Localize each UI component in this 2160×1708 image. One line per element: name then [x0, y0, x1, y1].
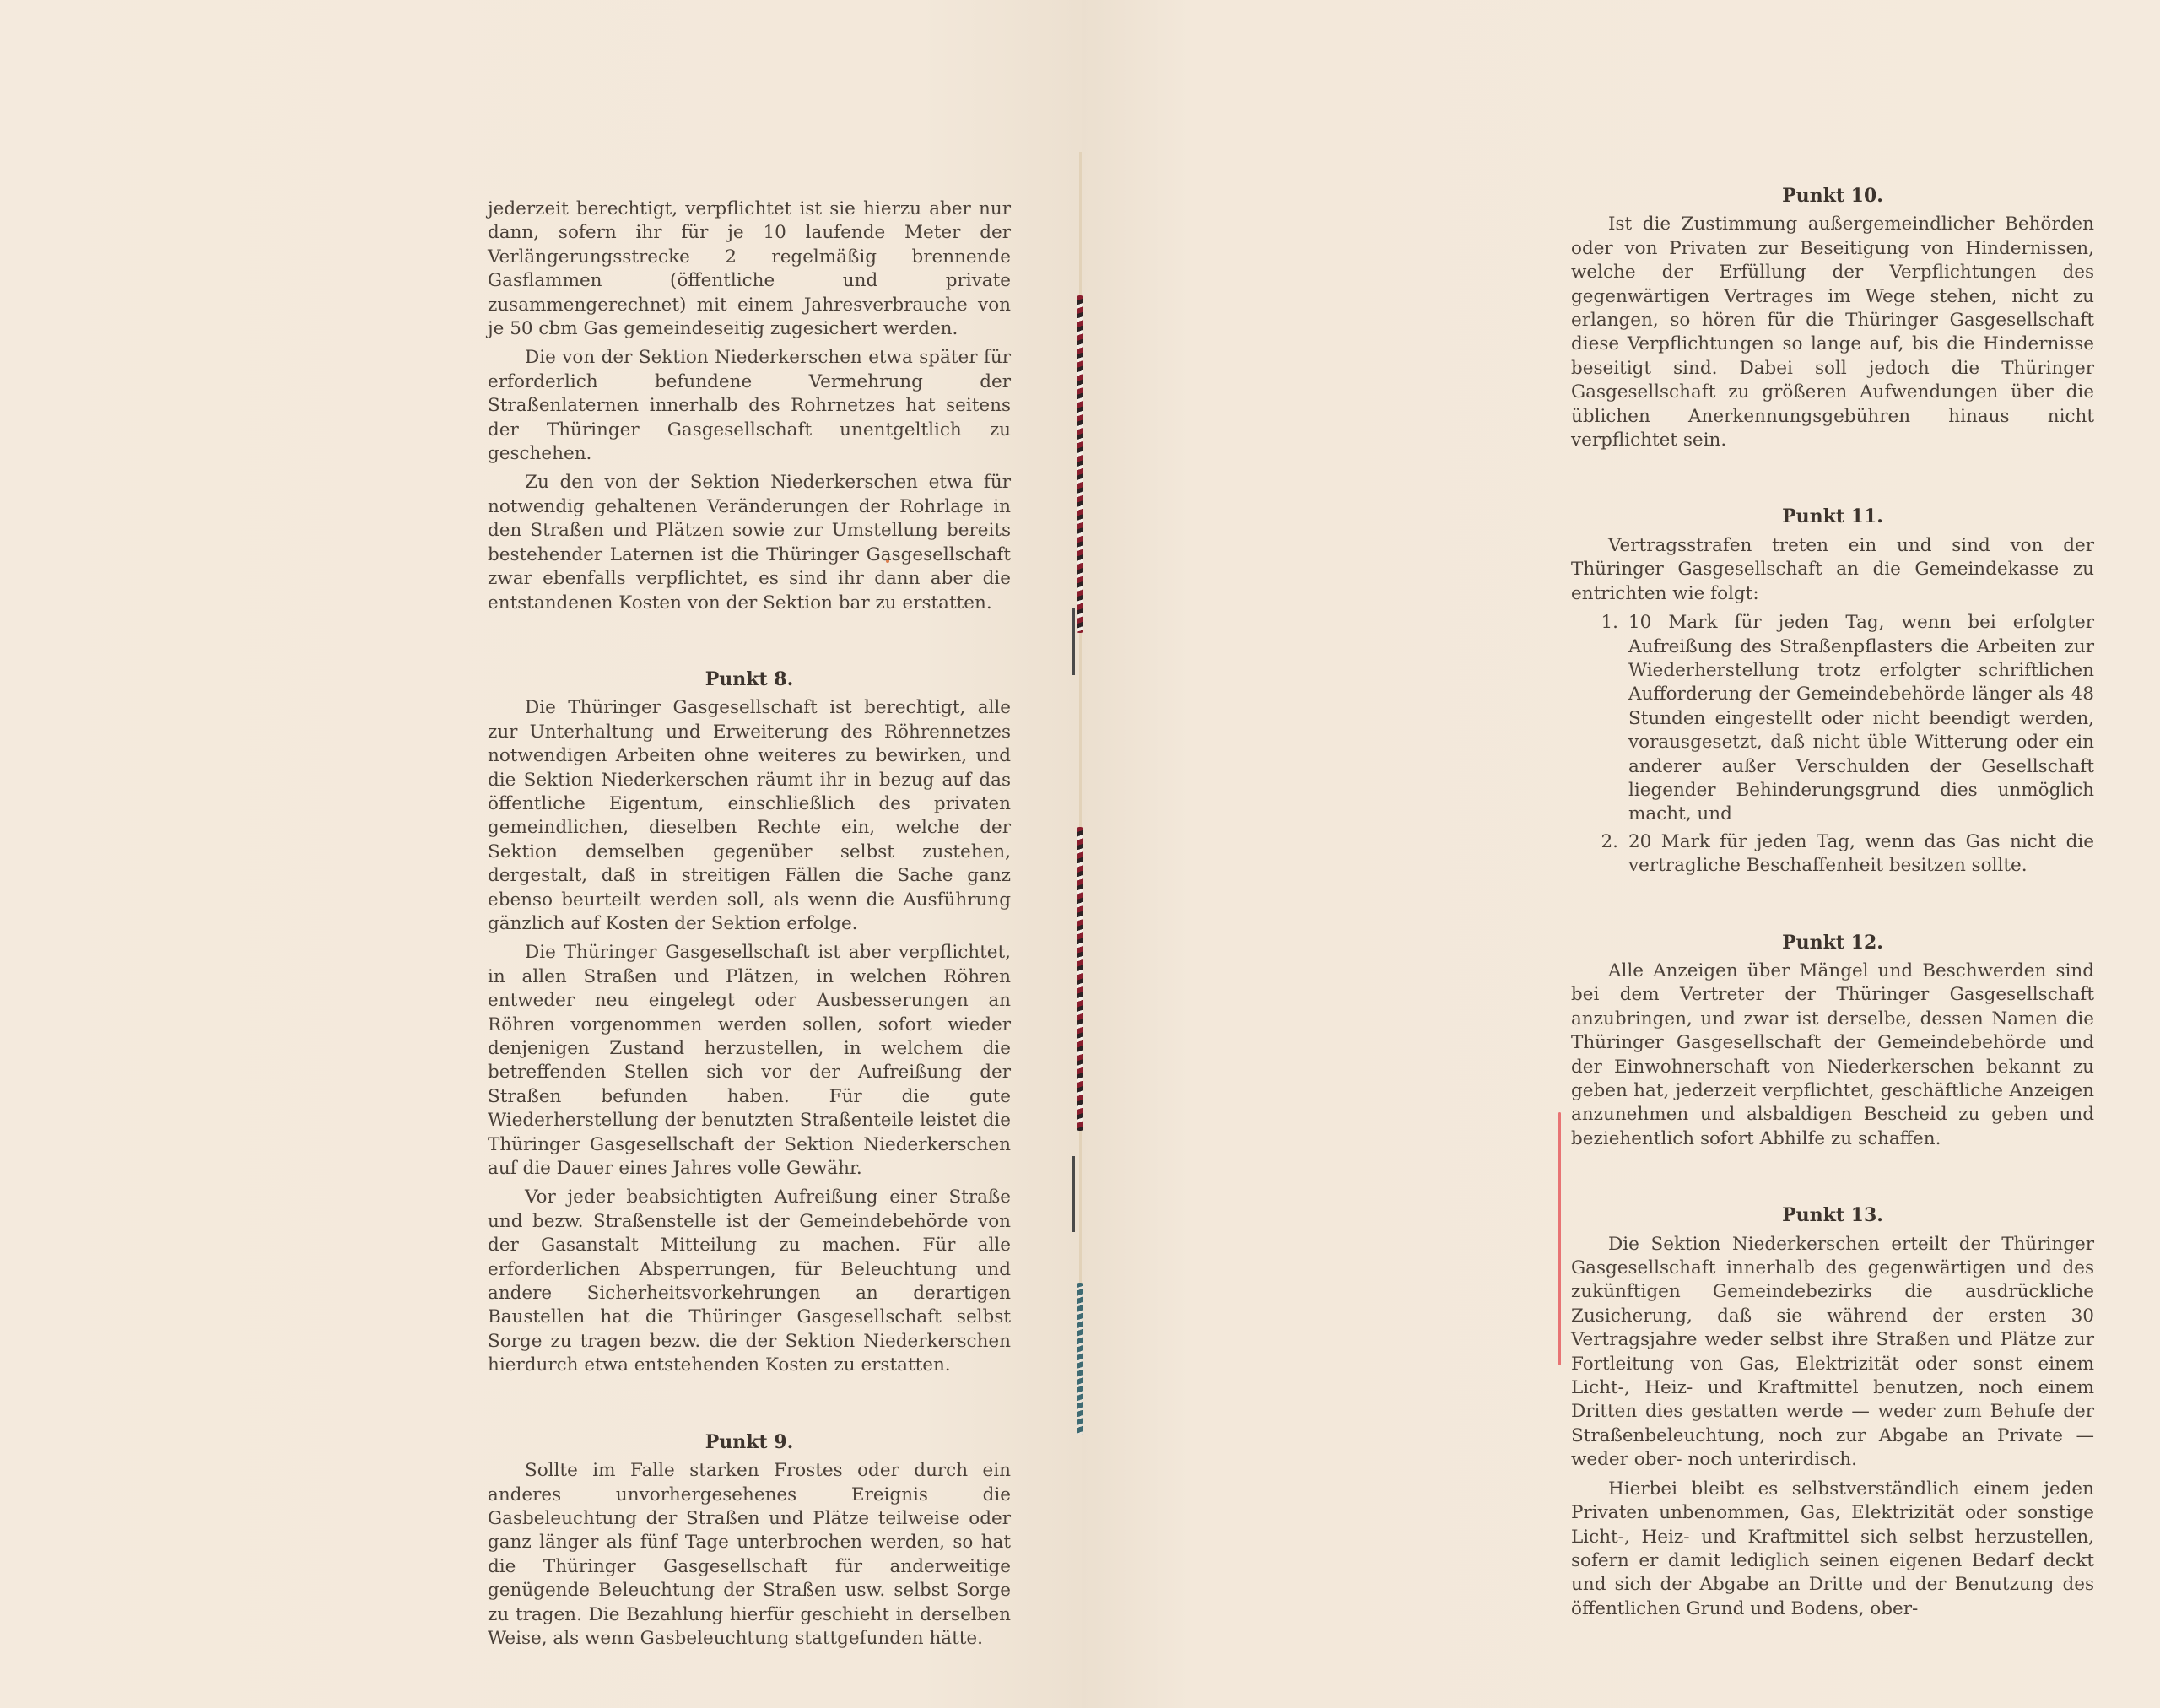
paragraph: Die Thüringer Gasgesellschaft ist aber v… [488, 941, 1011, 1181]
paragraph: Ist die Zustimmung außergemeindlicher Be… [1571, 213, 2094, 452]
list-number: 2. [1571, 830, 1628, 878]
section-punkt-13: Punkt 13. Die Sektion Niederkerschen ert… [1571, 1203, 2094, 1621]
section-heading: Punkt 8. [488, 668, 1011, 691]
list-item: 1. 10 Mark für jeden Tag, wenn bei erfol… [1571, 611, 2094, 827]
binding-cord [1077, 1283, 1083, 1435]
paragraph: Die Sektion Niederkerschen erteilt der T… [1571, 1233, 2094, 1473]
paragraph: Vor jeder beabsichtigten Aufreißung eine… [488, 1186, 1011, 1377]
paragraph: jederzeit berechtigt, verpflichtet ist s… [488, 197, 1011, 341]
left-text-column: jederzeit berechtigt, verpflichtet ist s… [488, 197, 1011, 1703]
section-heading: Punkt 10. [1571, 184, 2094, 208]
section-punkt-12: Punkt 12. Alle Anzeigen über Mängel und … [1571, 931, 2094, 1152]
paragraph: Alle Anzeigen über Mängel und Beschwerde… [1571, 959, 2094, 1151]
penalty-list: 1. 10 Mark für jeden Tag, wenn bei erfol… [1571, 611, 2094, 878]
paragraph: Hierbei bleibt es selbstverständlich ein… [1571, 1478, 2094, 1621]
section-heading: Punkt 12. [1571, 931, 2094, 954]
section-punkt-10: Punkt 10. Ist die Zustimmung außergemein… [1571, 184, 2094, 452]
section-heading: Punkt 13. [1571, 1203, 2094, 1227]
section-punkt-9: Punkt 9. Sollte im Falle starken Frostes… [488, 1430, 1011, 1651]
paragraph: Die von der Sektion Niederkerschen etwa … [488, 346, 1011, 466]
section-heading: Punkt 9. [488, 1430, 1011, 1454]
paragraph: Zu den von der Sektion Niederkerschen et… [488, 471, 1011, 614]
list-text: 10 Mark für jeden Tag, wenn bei erfolgte… [1628, 611, 2094, 827]
list-text: 20 Mark für jeden Tag, wenn das Gas nich… [1628, 830, 2094, 878]
list-number: 1. [1571, 611, 1628, 827]
right-text-column: Punkt 10. Ist die Zustimmung außergemein… [1571, 184, 2094, 1673]
paragraph: Sollte im Falle starken Frostes oder dur… [488, 1459, 1011, 1651]
binding-spine [1077, 152, 1085, 1435]
section-punkt-8: Punkt 8. Die Thüringer Gasgesellschaft i… [488, 668, 1011, 1378]
staple-icon [1072, 608, 1075, 675]
binding-cord [1077, 295, 1083, 633]
section-punkt-11: Punkt 11. Vertragsstrafen treten ein und… [1571, 505, 2094, 878]
staple-icon [1072, 1156, 1075, 1232]
continuation-section: jederzeit berechtigt, verpflichtet ist s… [488, 197, 1011, 615]
section-heading: Punkt 11. [1571, 505, 2094, 528]
paragraph: Die Thüringer Gasgesellschaft ist berech… [488, 696, 1011, 936]
list-item: 2. 20 Mark für jeden Tag, wenn das Gas n… [1571, 830, 2094, 878]
red-marginal-line [1558, 1112, 1561, 1365]
paragraph: Vertragsstrafen treten ein und sind von … [1571, 534, 2094, 606]
binding-cord [1077, 827, 1083, 1131]
